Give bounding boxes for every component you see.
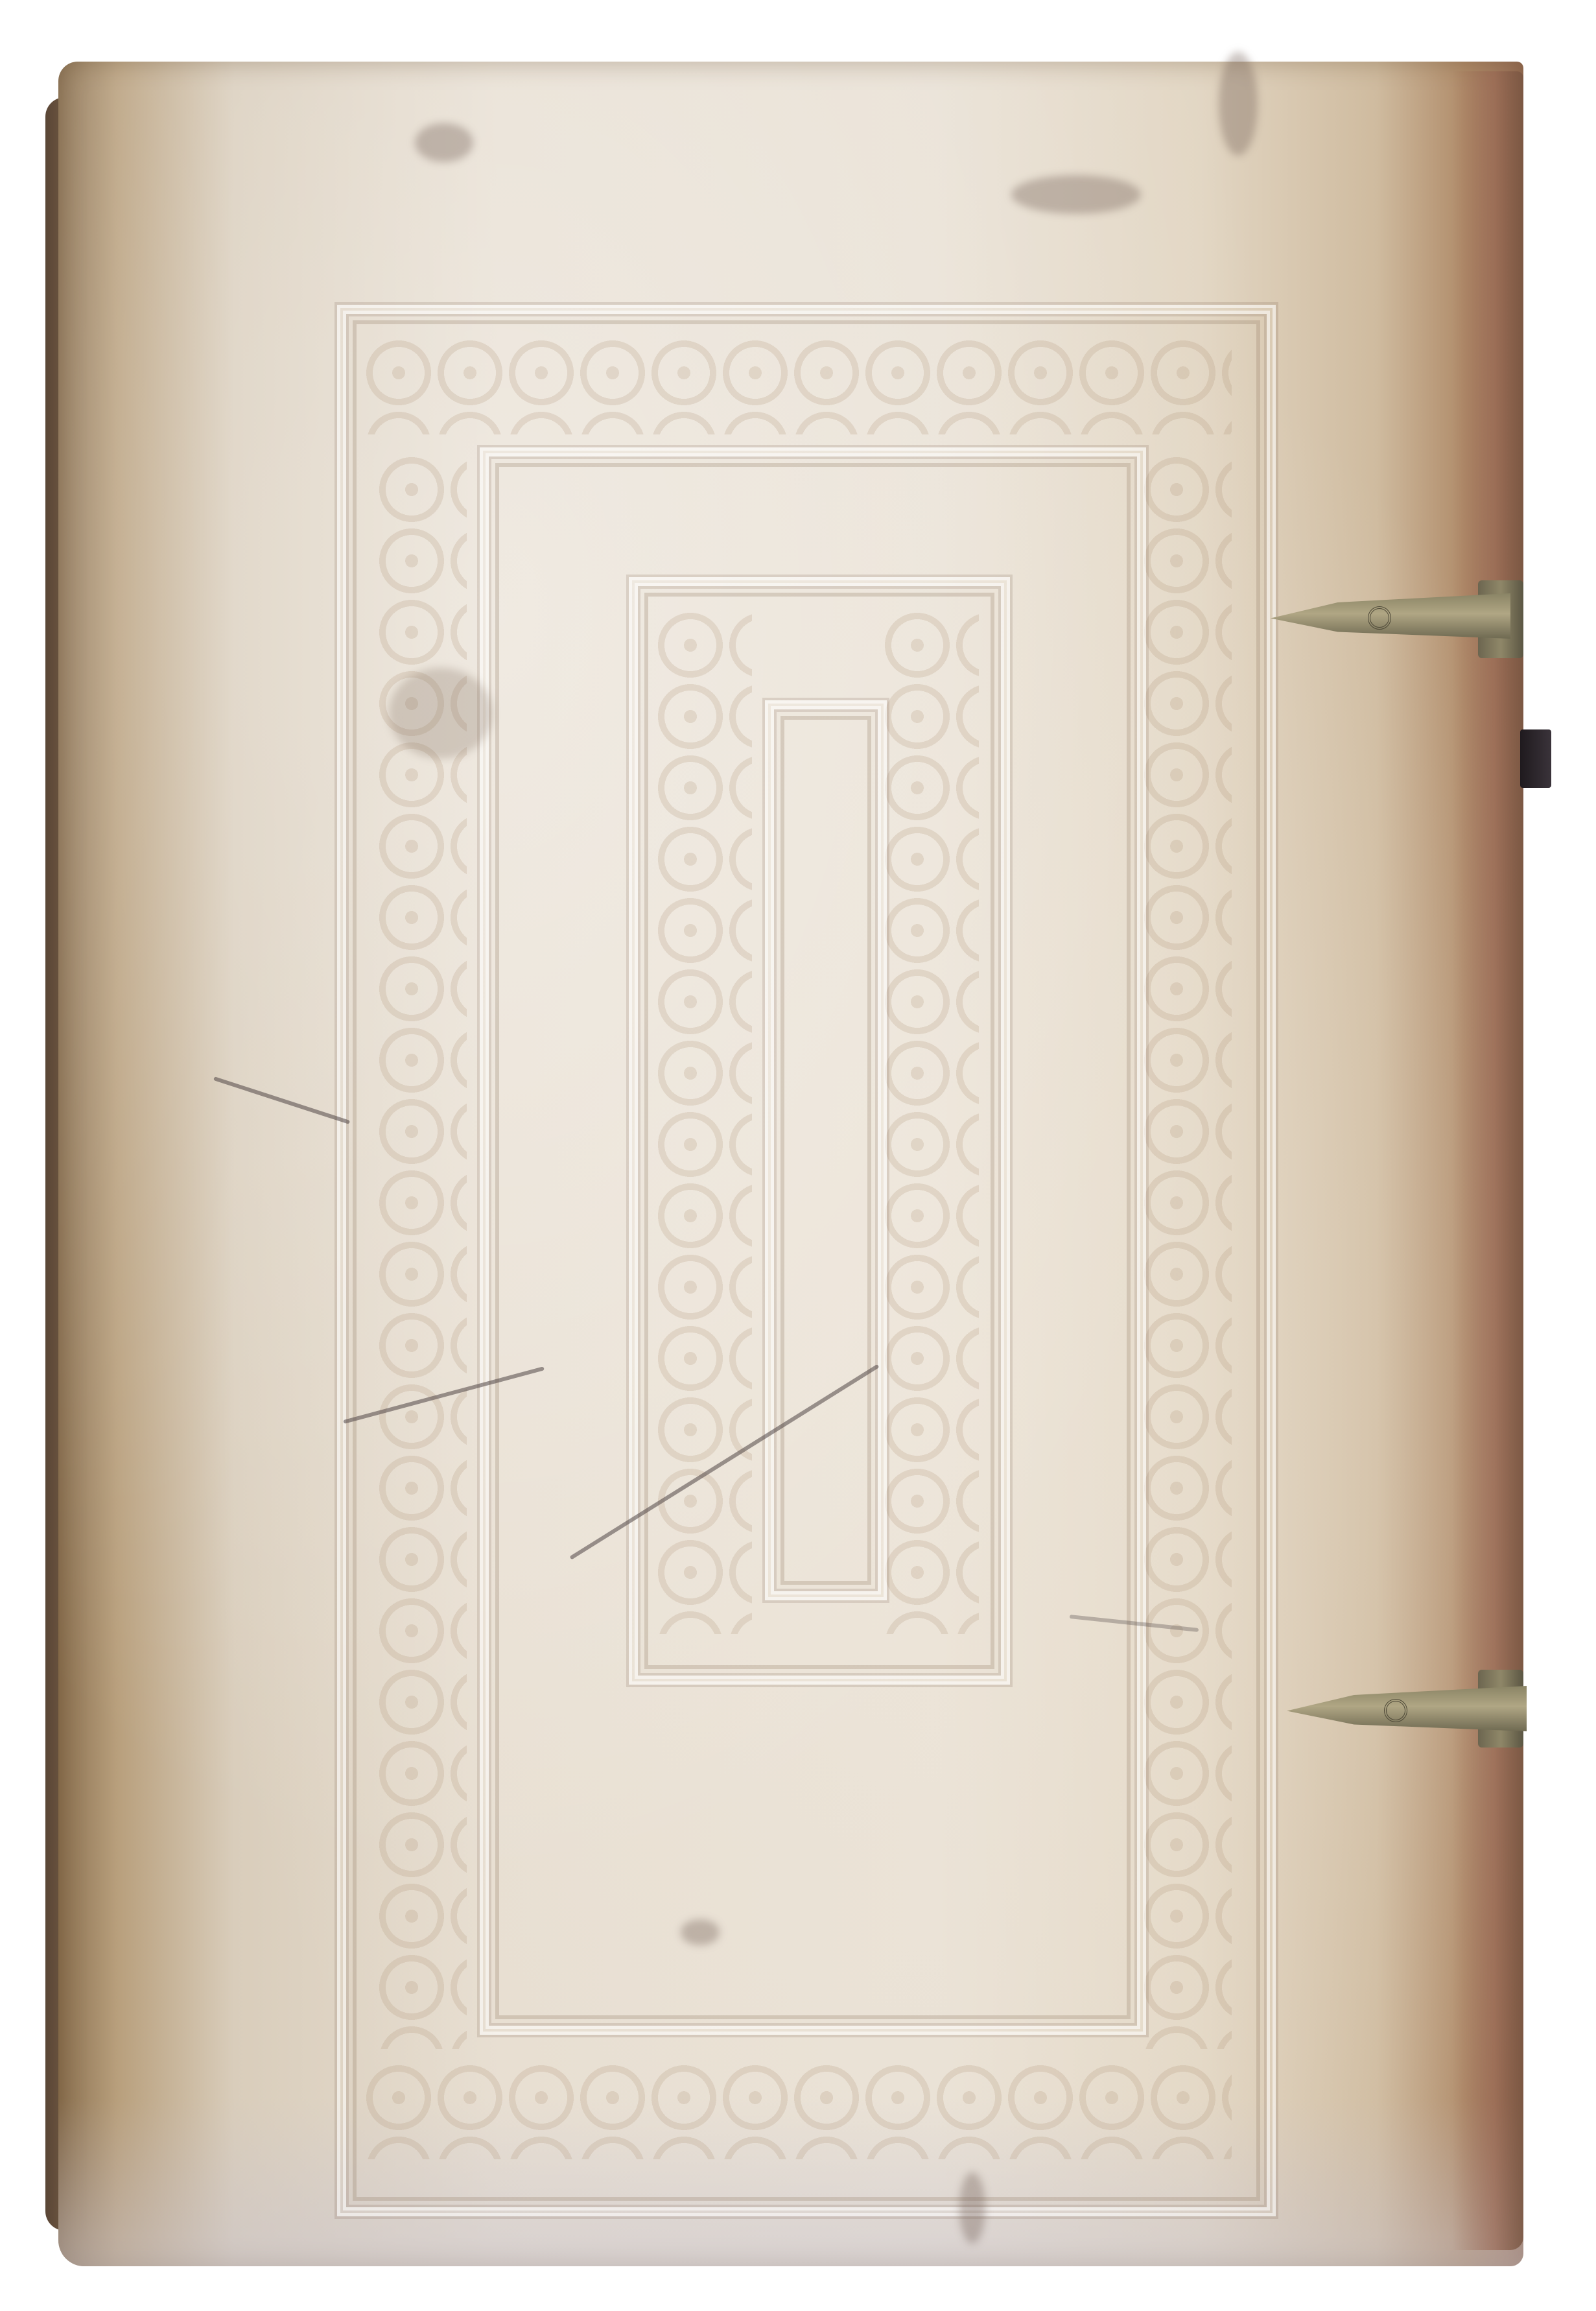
fore-edge-tab: [1520, 729, 1551, 788]
fore-edge-rim: [1452, 71, 1523, 2250]
book-cover-photo: [0, 0, 1596, 2311]
stain: [959, 2172, 985, 2244]
clasp-boss-icon: [1384, 1699, 1407, 1722]
stain: [681, 1919, 720, 1945]
stain: [389, 668, 493, 759]
central-tooled-panel: [765, 700, 887, 1600]
stain: [1011, 175, 1141, 214]
stain: [1219, 52, 1258, 156]
stain: [415, 123, 473, 162]
clasp-boss-icon: [1368, 606, 1391, 630]
